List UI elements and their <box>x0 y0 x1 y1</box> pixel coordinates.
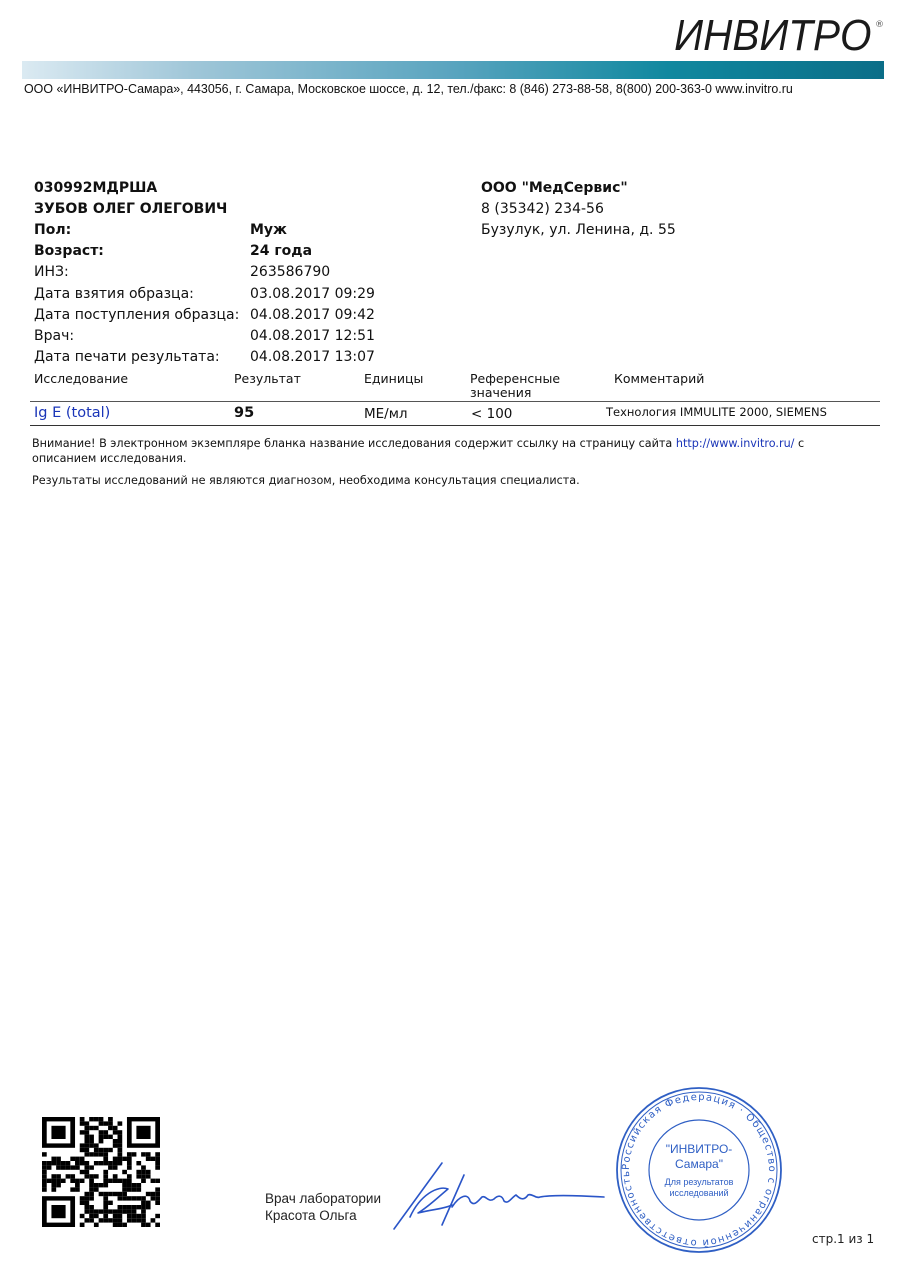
svg-text:исследований: исследований <box>669 1188 728 1198</box>
field-label: Дата взятия образца: <box>34 284 194 305</box>
col-header-comment: Комментарий <box>614 372 704 386</box>
col-header-reference-line1: Референсные <box>470 372 560 386</box>
org-address: Бузулук, ул. Ленина, д. 55 <box>481 220 676 241</box>
table-bottom-divider <box>30 425 880 426</box>
field-label: ИНЗ: <box>34 262 69 283</box>
col-header-reference-line2: значения <box>470 386 560 400</box>
svg-text:"ИНВИТРО-: "ИНВИТРО- <box>666 1142 733 1156</box>
attention-text: Внимание! В электронном экземпляре бланк… <box>32 437 676 450</box>
invitro-site-link[interactable]: http://www.invitro.ru/ <box>676 437 795 450</box>
company-address-line: ООО «ИНВИТРО-Самара», 443056, г. Самара,… <box>24 81 793 96</box>
comment-value: Технология IMMULITE 2000, SIEMENS <box>606 405 827 419</box>
invitro-logo: ИНВИТРО <box>675 14 872 58</box>
field-value: 04.08.2017 12:51 <box>250 326 375 347</box>
field-label: Пол: <box>34 220 71 241</box>
header-gradient-bar <box>22 61 884 79</box>
attention-note: Внимание! В электронном экземпляре бланк… <box>32 436 852 466</box>
svg-text:Для результатов: Для результатов <box>665 1177 734 1187</box>
registered-mark: ® <box>875 20 884 30</box>
doctor-signature-block: Врач лаборатории Красота Ольга <box>265 1190 381 1224</box>
field-value: 03.08.2017 09:29 <box>250 284 375 305</box>
field-label: Возраст: <box>34 241 104 262</box>
page-number: стр.1 из 1 <box>812 1232 874 1246</box>
field-value: Муж <box>250 220 287 241</box>
col-header-units: Единицы <box>364 372 423 386</box>
qr-code <box>42 1117 160 1227</box>
field-value: 04.08.2017 09:42 <box>250 305 375 326</box>
field-label: Дата печати результата: <box>34 347 220 368</box>
result-value: 95 <box>234 405 254 421</box>
handwritten-signature <box>390 1155 610 1235</box>
doctor-name: Красота Ольга <box>265 1207 381 1224</box>
field-value: 24 года <box>250 241 312 262</box>
field-label: Дата поступления образца: <box>34 305 239 326</box>
doctor-title: Врач лаборатории <box>265 1190 381 1207</box>
organization-stamp: Российская Федерация · Общество с ограни… <box>612 1085 786 1255</box>
svg-text:Самара": Самара" <box>675 1157 723 1171</box>
disclaimer-note: Результаты исследований не являются диаг… <box>32 473 852 488</box>
col-header-reference: Референсные значения <box>470 372 560 400</box>
col-header-result: Результат <box>234 372 301 386</box>
patient-name: ЗУБОВ ОЛЕГ ОЛЕГОВИЧ <box>34 199 227 220</box>
org-phone: 8 (35342) 234-56 <box>481 199 604 220</box>
test-name-link[interactable]: Ig E (total) <box>34 405 110 421</box>
col-header-test: Исследование <box>34 372 128 386</box>
table-header-divider <box>30 401 880 402</box>
field-label: Врач: <box>34 326 74 347</box>
field-value: 04.08.2017 13:07 <box>250 347 375 368</box>
field-value: 263586790 <box>250 262 330 283</box>
org-name: ООО "МедСервис" <box>481 178 628 199</box>
units-value: МЕ/мл <box>364 406 408 422</box>
reference-value: < 100 <box>471 406 512 422</box>
patient-code: 030992МДРША <box>34 178 157 199</box>
